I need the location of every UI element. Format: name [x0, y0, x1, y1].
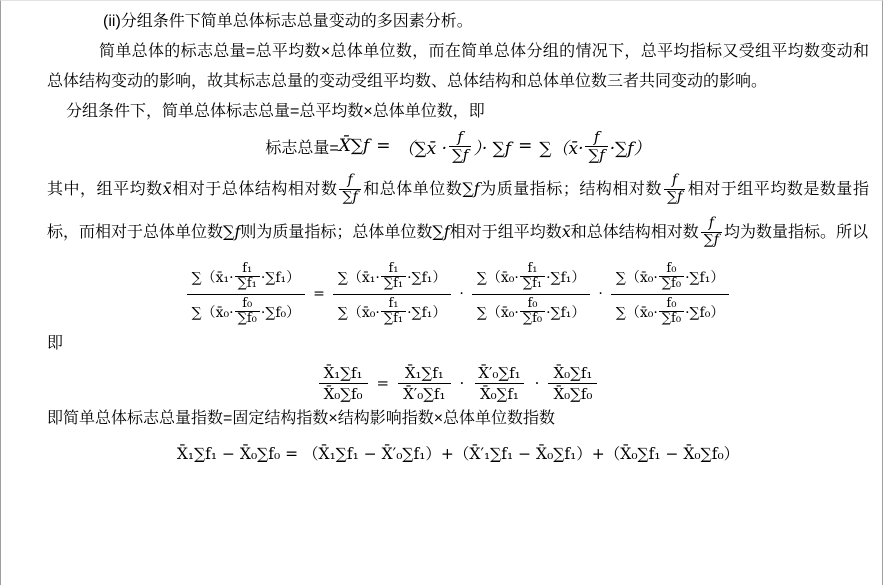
- numerator: f₀: [524, 297, 540, 312]
- fraction: X̄₀∑f₁X̄₀∑f₀: [548, 363, 597, 404]
- multiplication-dot: ·: [535, 374, 540, 392]
- equals-sign: =: [313, 286, 325, 302]
- fraction-lhs: ∑（x̄₁·f₁∑f₁·∑f₁） ∑（x̄₀·f₀∑f₀·∑f₀）: [187, 260, 306, 329]
- paragraph-grouped-condition: 分组条件下，简单总体标志总量=总平均数×总体单位数，即: [47, 97, 869, 127]
- denominator: ∑f₀: [520, 311, 545, 327]
- denominator: ∑f₀: [659, 276, 684, 292]
- math-token: ·∑f₁）: [685, 267, 724, 287]
- numerator: f: [706, 216, 717, 231]
- denominator: X̄₀∑f₀: [319, 383, 368, 404]
- fraction-fixed-structure: ∑（x̄₁·f₁∑f₁·∑f₁） ∑（x̄₀·f₁∑f₁·∑f₁）: [333, 260, 452, 329]
- numerator: f: [454, 129, 466, 146]
- formula-xbar-chain: X̄₁∑f₁X̄₀∑f₀ = X̄₁∑f₁X̄′₀∑f₁ · X̄′₀∑f₁X̄…: [47, 363, 869, 404]
- math-token: ·∑f₁）: [546, 267, 585, 287]
- math-sum-open: ∑（x̄·: [539, 134, 583, 159]
- denominator: ∑f: [585, 146, 607, 164]
- denominator-row: ∑（x̄₀·f₁∑f₁·∑f₁）: [333, 294, 452, 329]
- denominator: ∑f: [449, 146, 471, 164]
- formula-index-decomposition: ∑（x̄₁·f₁∑f₁·∑f₁） ∑（x̄₀·f₀∑f₀·∑f₀） = ∑（x̄…: [47, 260, 869, 329]
- math-token: ∑（x̄₀·: [616, 302, 658, 322]
- numerator: f₁: [239, 262, 255, 277]
- text-segment: 均为数量指标。所以: [724, 224, 868, 241]
- numerator: f₁: [385, 297, 401, 312]
- multiplication-dot: ·: [459, 286, 463, 302]
- text-segment: 其中，组平均数: [47, 181, 163, 198]
- numerator: f: [669, 173, 680, 188]
- numerator: X̄₁∑f₁: [400, 363, 449, 383]
- equals-sign: =: [376, 136, 390, 156]
- inline-fraction: f∑f: [664, 173, 685, 205]
- inline-fraction: f∑f: [701, 216, 722, 248]
- inline-fraction: f₁∑f₁: [520, 262, 545, 292]
- numerator: f: [591, 129, 603, 146]
- paragraph-multifactor-heading: (ii)分组条件下简单总体标志总量变动的多因素分析。: [47, 7, 869, 37]
- denominator: X̄₀∑f₀: [548, 383, 597, 404]
- inline-math-xbar: x̄: [163, 179, 172, 198]
- numerator: f₀: [663, 262, 679, 277]
- math-token: ·∑f₁）: [546, 302, 585, 322]
- equals-sign: =: [377, 374, 390, 392]
- inline-fraction: f∑f: [449, 129, 471, 164]
- math-close-group: ）· ∑f: [473, 134, 511, 159]
- denominator: ∑f₁: [520, 276, 545, 292]
- denominator: ∑f: [339, 189, 360, 205]
- text-segment: 则为质量指标；总体单位数: [240, 224, 432, 241]
- math-token: ∑（x̄₁·: [338, 267, 380, 287]
- fraction: X̄₁∑f₁X̄′₀∑f₁: [398, 363, 450, 404]
- text-segment: 为质量指标；结构相对数: [480, 181, 662, 198]
- inline-math-sumf: ∑f: [432, 222, 449, 241]
- text-segment: 相对于总体结构相对数: [172, 181, 338, 198]
- fraction-structure-impact: ∑（x̄₀·f₁∑f₁·∑f₁） ∑（x̄₀·f₀∑f₀·∑f₁）: [472, 260, 591, 329]
- math-token: ·∑f₀）: [685, 302, 724, 322]
- inline-fraction: f₀∑f₀: [659, 297, 684, 327]
- fraction-unit-count: ∑（x̄₀·f₀∑f₀·∑f₁） ∑（x̄₀·f₀∑f₀·∑f₀）: [611, 260, 730, 329]
- numerator: f₀: [239, 297, 255, 312]
- inline-fraction: f₁∑f₁: [381, 297, 406, 327]
- text-segment: 和总体单位数: [363, 181, 463, 198]
- formula-lead-label: 标志总量=: [265, 135, 338, 158]
- denominator-row: ∑（x̄₀·f₀∑f₀·∑f₀）: [611, 294, 730, 329]
- inline-fraction: f₁∑f₁: [381, 262, 406, 292]
- inline-math-sumf: ∑f: [462, 179, 479, 198]
- multiplication-dot: ·: [598, 286, 602, 302]
- math-token: ∑（x̄₀·: [192, 302, 234, 322]
- math-token: ∑（x̄₁·: [192, 267, 234, 287]
- denominator: ∑f₀: [659, 311, 684, 327]
- denominator-row: ∑（x̄₀·f₀∑f₀·∑f₀）: [187, 294, 306, 329]
- formula-absolute-difference: X̄₁∑f₁ − X̄₀∑f₀ = （X̄₁∑f₁ − X̄′₀∑f₁）+（X̄…: [47, 442, 869, 464]
- math-open-group: （∑x̄ ·: [398, 134, 448, 159]
- denominator-row: ∑（x̄₀·f₀∑f₀·∑f₁）: [472, 294, 591, 329]
- denominator: ∑f: [701, 232, 722, 248]
- fraction: X̄′₀∑f₁X̄₀∑f₁: [473, 363, 525, 404]
- inline-fraction: f₀∑f₀: [659, 262, 684, 292]
- math-token: ·∑f₁）: [407, 267, 446, 287]
- numerator: X̄′₀∑f₁: [473, 363, 525, 383]
- inline-math-xbar: x̄: [562, 222, 571, 241]
- math-sum-close: ·∑f）: [610, 134, 651, 159]
- denominator: X̄′₀∑f₁: [398, 383, 450, 404]
- paragraph-namely: 即: [47, 329, 869, 359]
- math-token: ·∑f₁）: [407, 302, 446, 322]
- multiplication-dot: ·: [460, 374, 465, 392]
- numerator: X̄₁∑f₁: [319, 363, 368, 383]
- formula-aggregate-total: 标志总量=X̄∑f=（∑x̄ ·f∑f）· ∑f=∑（x̄·f∑f·∑f）: [47, 129, 869, 164]
- math-term-xbar-sumf: X̄∑f: [339, 136, 370, 156]
- paragraph-index-identity: 即简单总体标志总量指数=固定结构指数×结构影响指数×总体单位数指数: [47, 404, 869, 434]
- math-token: ∑（x̄₀·: [477, 302, 519, 322]
- math-token: ∑（x̄₀·: [616, 267, 658, 287]
- inline-fraction: f₀∑f₀: [520, 297, 545, 327]
- numerator: f₀: [663, 297, 679, 312]
- numerator-row: ∑（x̄₀·f₀∑f₀·∑f₁）: [611, 260, 730, 294]
- denominator: X̄₀∑f₁: [475, 383, 524, 404]
- denominator: ∑f: [664, 189, 685, 205]
- denominator: ∑f₁: [381, 311, 406, 327]
- math-token: ·∑f₁）: [261, 267, 300, 287]
- equals-sign: =: [518, 136, 532, 156]
- text-segment: 和总体结构相对数: [571, 224, 699, 241]
- paragraph-indicator-explanation: 其中，组平均数x̄相对于总体结构相对数f∑f和总体单位数∑f为质量指标；结构相对…: [47, 168, 869, 254]
- fraction: X̄₁∑f₁X̄₀∑f₀: [319, 363, 368, 404]
- numerator: f₁: [385, 262, 401, 277]
- numerator-row: ∑（x̄₁·f₁∑f₁·∑f₁）: [333, 260, 452, 294]
- numerator: f: [344, 173, 355, 188]
- denominator: ∑f₁: [235, 276, 260, 292]
- inline-math-sumf: ∑f: [223, 222, 240, 241]
- denominator: ∑f₀: [235, 311, 260, 327]
- denominator: ∑f₁: [381, 276, 406, 292]
- numerator-row: ∑（x̄₀·f₁∑f₁·∑f₁）: [472, 260, 591, 294]
- math-token: ·∑f₀）: [261, 302, 300, 322]
- text-segment: 相对于组平均数: [450, 224, 562, 241]
- math-token: ∑（x̄₀·: [338, 302, 380, 322]
- inline-fraction: f₁∑f₁: [235, 262, 260, 292]
- inline-fraction: f₀∑f₀: [235, 297, 260, 327]
- numerator-row: ∑（x̄₁·f₁∑f₁·∑f₁）: [187, 260, 306, 294]
- numerator: X̄₀∑f₁: [548, 363, 597, 383]
- paragraph-grouped-total-intro: 简单总体的标志总量=总平均数×总体单位数，而在简单总体分组的情况下，总平均指标又…: [47, 37, 869, 97]
- inline-fraction: f∑f: [585, 129, 607, 164]
- inline-fraction: f∑f: [339, 173, 360, 205]
- numerator: f₁: [524, 262, 540, 277]
- document-page: (ii)分组条件下简单总体标志总量变动的多因素分析。 简单总体的标志总量=总平均…: [0, 0, 883, 585]
- math-token: ∑（x̄₀·: [477, 267, 519, 287]
